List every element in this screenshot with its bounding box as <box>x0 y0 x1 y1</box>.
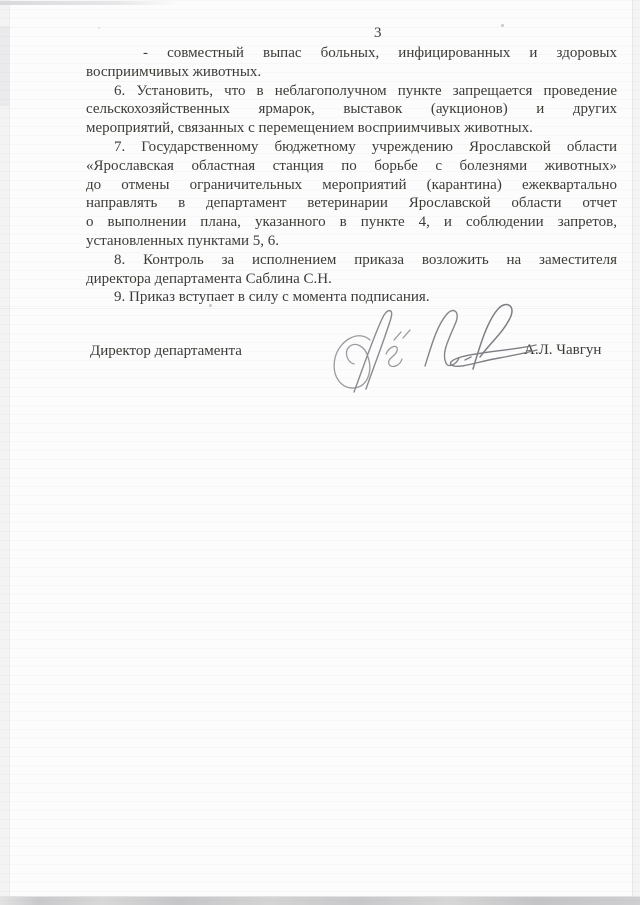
scan-artifact-speck <box>501 24 504 27</box>
text-line: сельскохозяйственных ярмарок, выставок (… <box>86 100 617 119</box>
text-line: 8. Контроль за исполнением приказа возло… <box>86 251 617 270</box>
scan-artifact-hairline <box>0 308 640 309</box>
document-body: - совместный выпас больных, инфицированн… <box>86 44 617 307</box>
text-line: направлять в департамент ветеринарии Яро… <box>86 194 617 213</box>
handwritten-signature-icon <box>330 290 540 400</box>
scan-artifact-left-edge <box>0 0 10 905</box>
text-line: директора департамента Саблина С.Н. <box>86 270 617 289</box>
text-line: 6. Установить, что в неблагополучном пун… <box>86 82 617 101</box>
scan-artifact-speck <box>98 27 100 29</box>
scanned-document-page: 3 - совместный выпас больных, инфицирова… <box>0 0 640 905</box>
text-line: восприимчивых животных. <box>86 63 617 82</box>
page-number: 3 <box>374 25 382 42</box>
scan-artifact-bottom-edge <box>0 896 640 905</box>
text-line: - совместный выпас больных, инфицированн… <box>86 44 617 63</box>
signer-title: Директор департамента <box>90 343 242 360</box>
text-line: мероприятий, связанных с перемещением во… <box>86 119 617 138</box>
scan-artifact-top-streak <box>0 1 178 5</box>
text-line: «Ярославская областная станция по борьбе… <box>86 157 617 176</box>
text-line: установленных пунктами 5, 6. <box>86 232 617 251</box>
text-line: 7. Государственному бюджетному учреждени… <box>86 138 617 157</box>
text-line: о выполнении плана, указанного в пункте … <box>86 213 617 232</box>
scan-artifact-right-edge <box>632 0 640 905</box>
text-line: до отмены ограничительных мероприятий (к… <box>86 176 617 195</box>
scan-artifact-left-shadow <box>0 26 10 106</box>
